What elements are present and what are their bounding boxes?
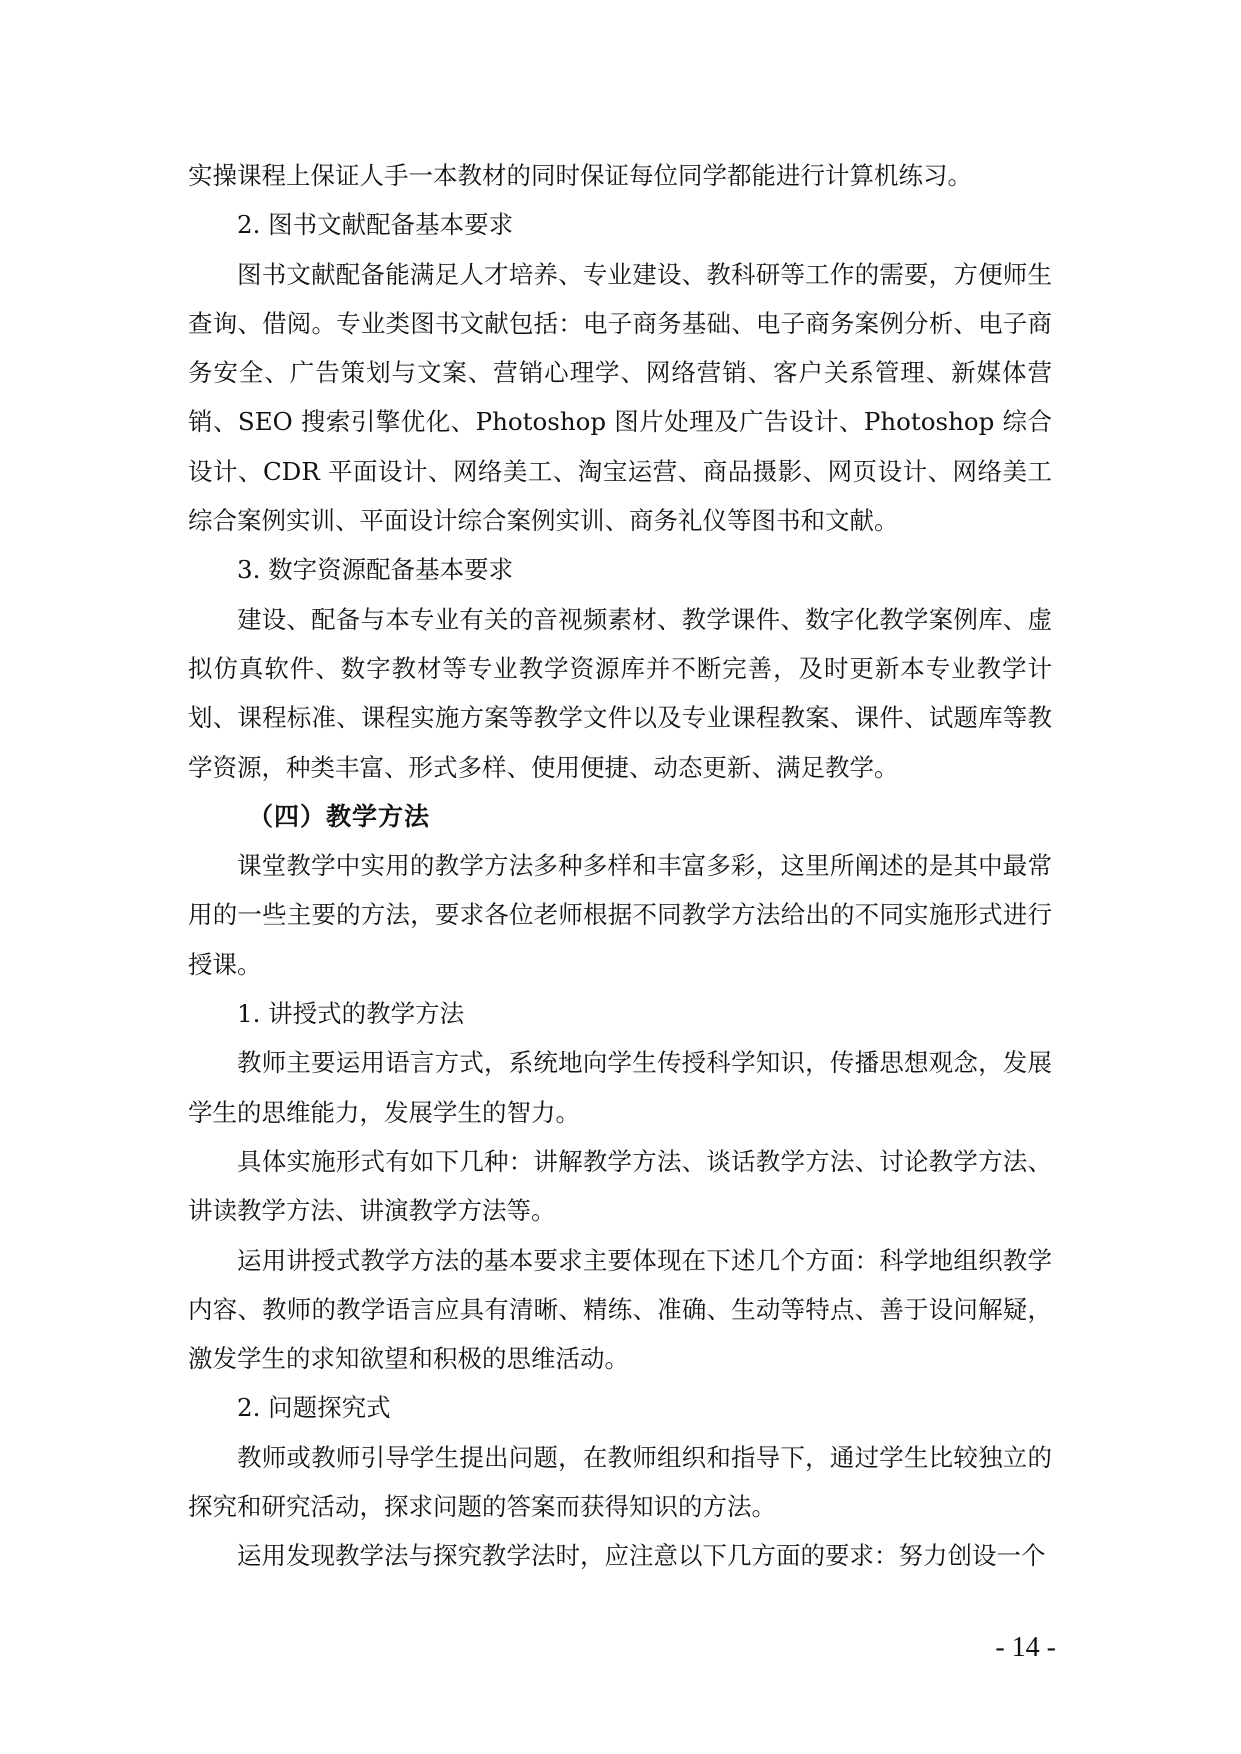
paragraph-lecture-requirements: 运用讲授式教学方法的基本要求主要体现在下述几个方面：科学地组织教学内容、教师的教… — [188, 1236, 1052, 1384]
paragraph-digital-resources: 建设、配备与本专业有关的音视频素材、教学课件、数字化教学案例库、虚拟仿真软件、数… — [188, 595, 1052, 792]
paragraph-teaching-methods-intro: 课堂教学中实用的教学方法多种多样和丰富多彩，这里所阐述的是其中最常用的一些主要的… — [188, 841, 1052, 989]
document-page: 实操课程上保证人手一本教材的同时保证每位同学都能进行计算机练习。 2. 图书文献… — [188, 151, 1052, 1581]
subheading-library-resources: 2. 图书文献配备基本要求 — [188, 200, 1052, 249]
paragraph-library-resources: 图书文献配备能满足人才培养、专业建设、教科研等工作的需要，方便师生查询、借阅。专… — [188, 250, 1052, 546]
paragraph-lecture-method: 教师主要运用语言方式，系统地向学生传授科学知识，传播思想观念，发展学生的思维能力… — [188, 1038, 1052, 1137]
paragraph-inquiry-requirements: 运用发现教学法与探究教学法时，应注意以下几方面的要求：努力创设一个 — [188, 1531, 1052, 1580]
paragraph-inquiry-method: 教师或教师引导学生提出问题，在教师组织和指导下，通过学生比较独立的探究和研究活动… — [188, 1433, 1052, 1532]
subheading-inquiry-method: 2. 问题探究式 — [188, 1383, 1052, 1432]
paragraph-continuation: 实操课程上保证人手一本教材的同时保证每位同学都能进行计算机练习。 — [188, 151, 1052, 200]
subheading-digital-resources: 3. 数字资源配备基本要求 — [188, 545, 1052, 594]
page-number: - 14 - — [976, 1632, 1056, 1664]
subheading-lecture-method: 1. 讲授式的教学方法 — [188, 989, 1052, 1038]
paragraph-lecture-forms: 具体实施形式有如下几种：讲解教学方法、谈话教学方法、讨论教学方法、讲读教学方法、… — [188, 1137, 1052, 1236]
section-heading-teaching-methods: （四）教学方法 — [188, 792, 1052, 841]
